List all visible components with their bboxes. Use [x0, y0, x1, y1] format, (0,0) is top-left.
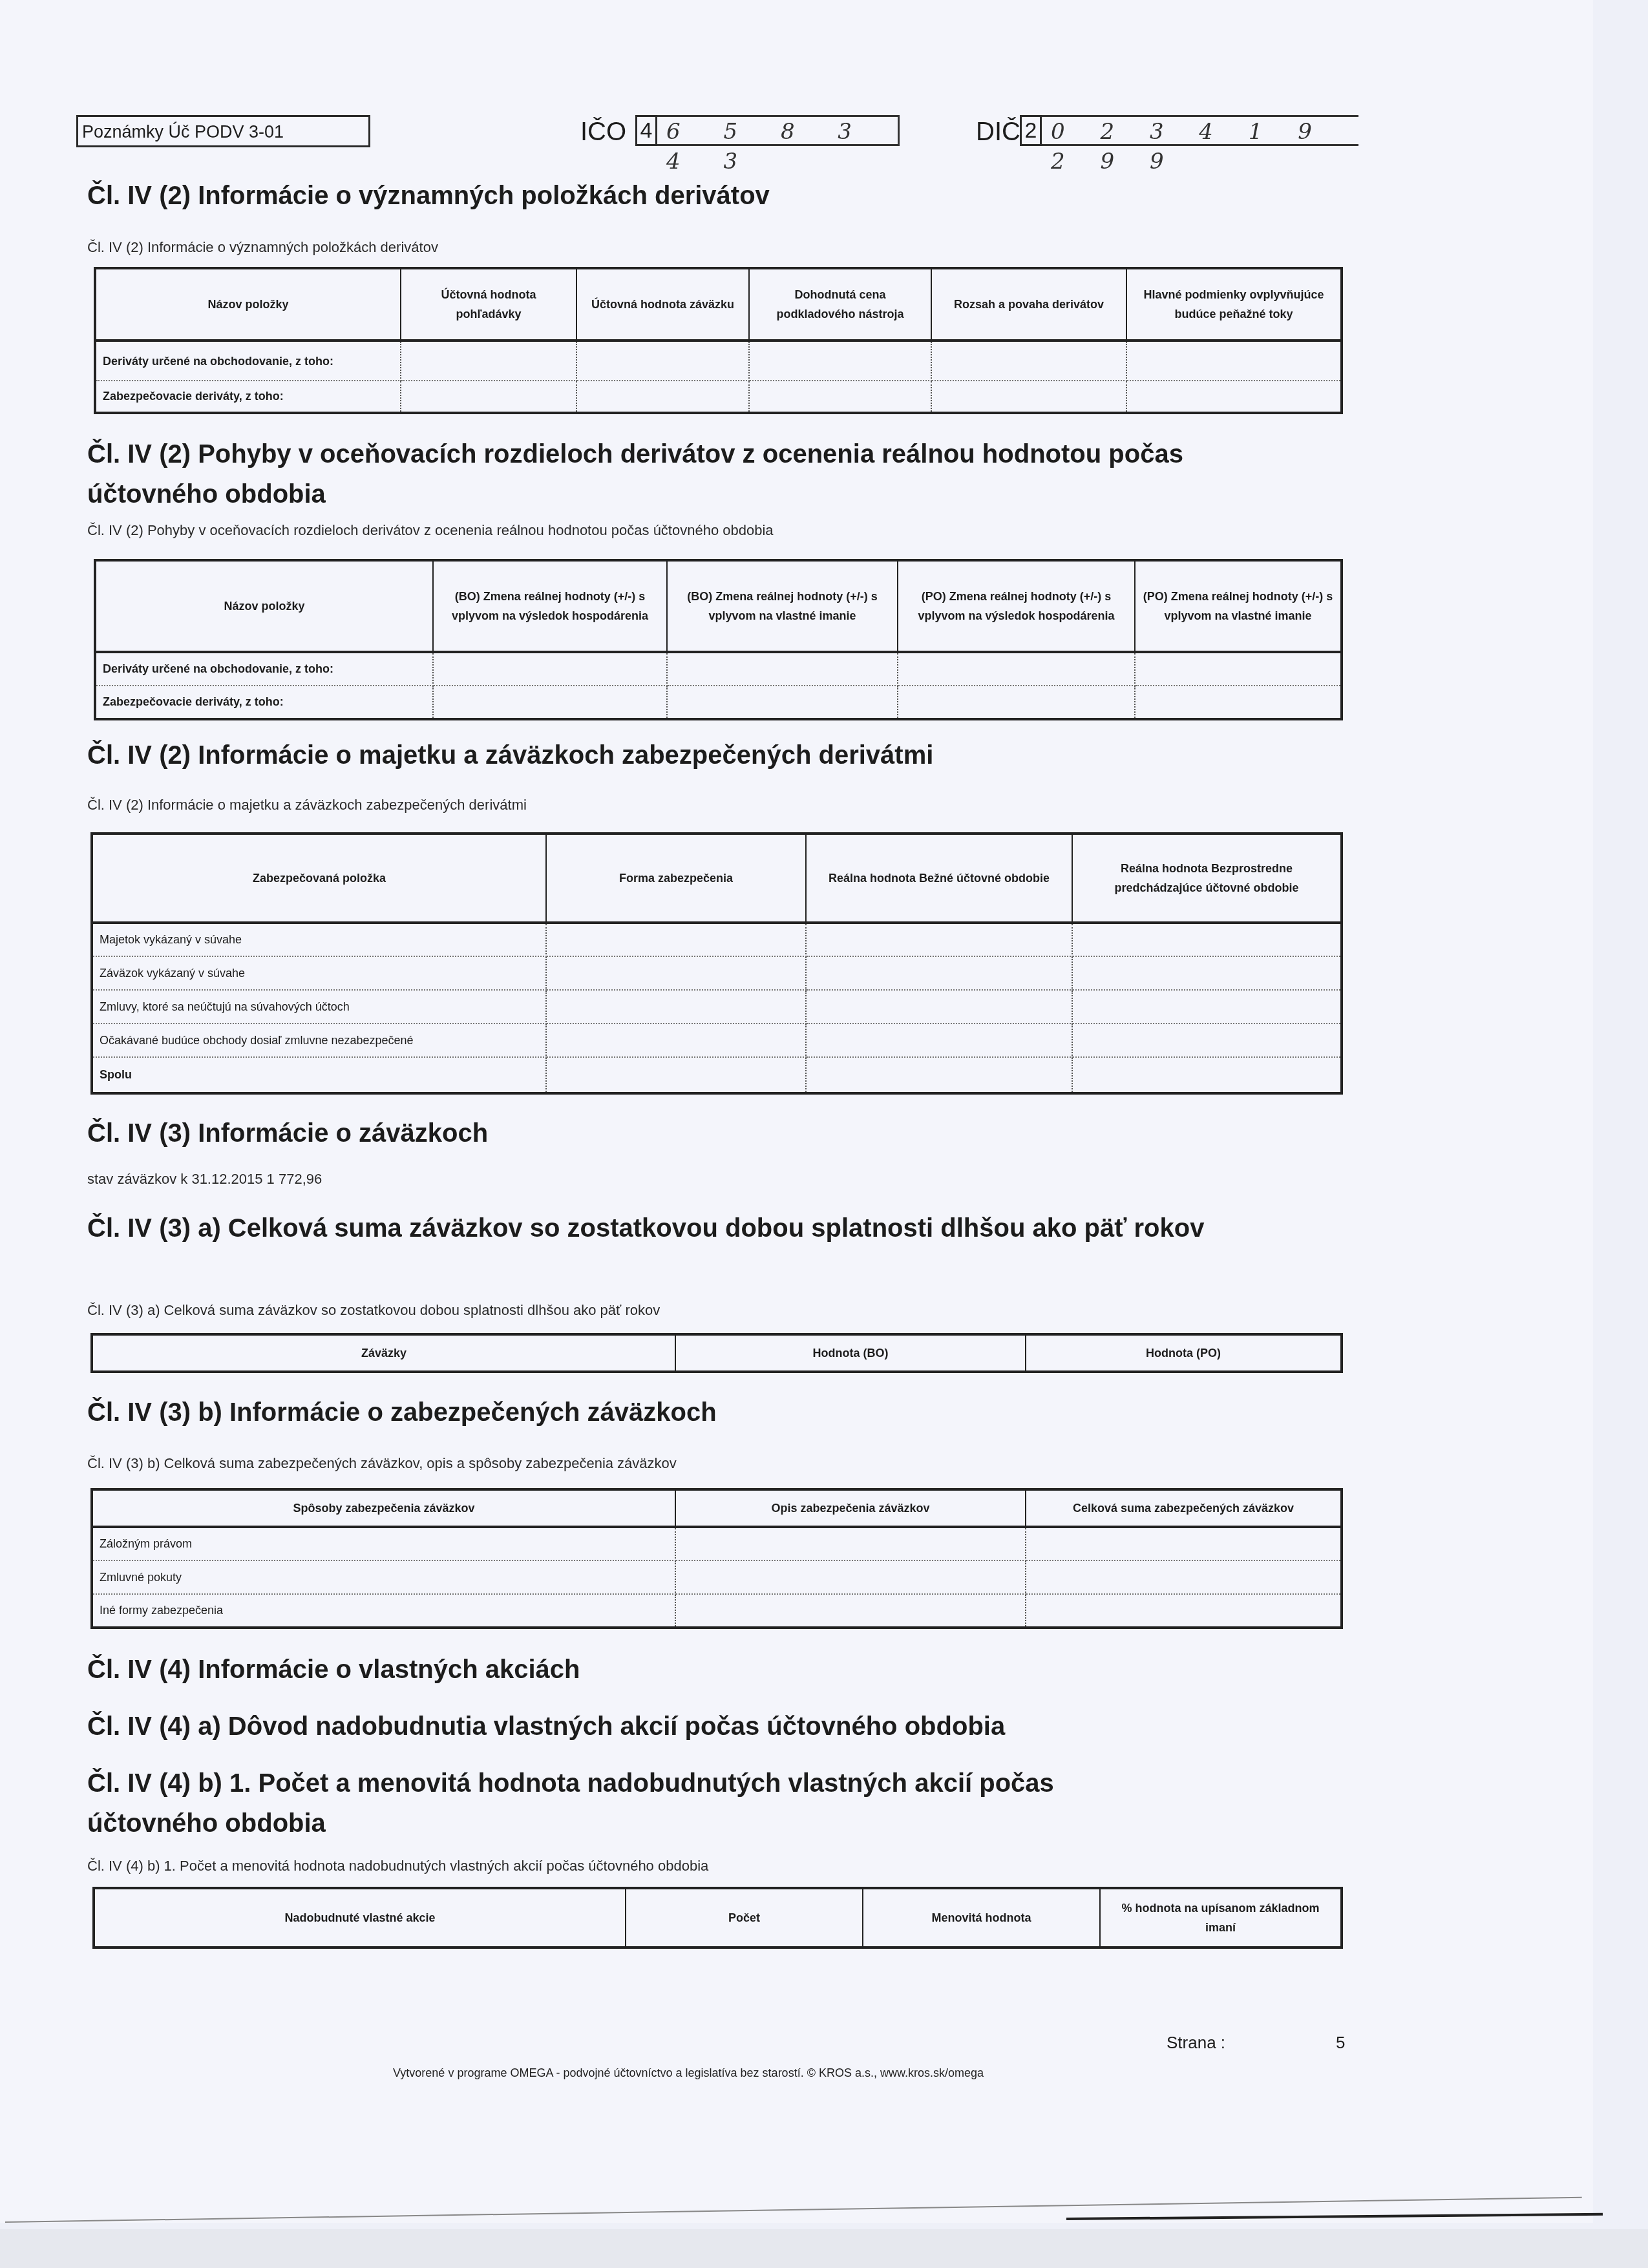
- column-header: Záväzky: [92, 1334, 675, 1372]
- cell: [675, 1594, 1026, 1628]
- table-row: Spolu: [92, 1057, 1342, 1093]
- cell: [546, 1024, 806, 1057]
- cell: [401, 341, 576, 381]
- cell: [898, 652, 1135, 686]
- column-header: Hlavné podmienky ovplyvňujúce budúce peň…: [1126, 268, 1342, 341]
- form-id-box: Poznámky Úč PODV 3-01: [76, 115, 370, 147]
- column-header: Dohodnutá cena podkladového nástroja: [749, 268, 931, 341]
- cell: [433, 686, 667, 719]
- cell: [1135, 686, 1342, 719]
- row-label: Majetok vykázaný v súvahe: [92, 923, 546, 956]
- cell: [898, 686, 1135, 719]
- cell: [806, 923, 1072, 956]
- column-header: Celková suma zabezpečených záväzkov: [1026, 1489, 1342, 1527]
- table-row: Deriváty určené na obchodovanie, z toho:: [95, 652, 1342, 686]
- cell: [1126, 381, 1342, 413]
- column-header: Zabezpečovaná položka: [92, 834, 546, 923]
- row-label: Deriváty určené na obchodovanie, z toho:: [95, 341, 401, 381]
- cell: [931, 381, 1126, 413]
- cell: [546, 990, 806, 1024]
- column-header: % hodnota na upísanom základnom imaní: [1100, 1888, 1342, 1948]
- column-header: Opis zabezpečenia záväzkov: [675, 1489, 1026, 1527]
- row-label: Očakávané budúce obchody dosiaľ zmluvne …: [92, 1024, 546, 1057]
- cell: [1135, 652, 1342, 686]
- table-row: Zmluvné pokuty: [92, 1560, 1342, 1594]
- cell: [1072, 990, 1342, 1024]
- section-subtitle-valuation-changes: Čl. IV (2) Pohyby v oceňovacích rozdielo…: [87, 522, 774, 539]
- section-title-hedged-assets: Čl. IV (2) Informácie o majetku a záväzk…: [87, 735, 1315, 775]
- secured-liabilities-table: Spôsoby zabezpečenia záväzkov Opis zabez…: [90, 1488, 1343, 1629]
- table-row: Záväzok vykázaný v súvahe: [92, 956, 1342, 990]
- column-header: Hodnota (PO): [1026, 1334, 1342, 1372]
- cell: [546, 1057, 806, 1093]
- table-row: Záložným právom: [92, 1527, 1342, 1560]
- row-label: Zmluvné pokuty: [92, 1560, 675, 1594]
- hedged-assets-table: Zabezpečovaná položka Forma zabezpečenia…: [90, 832, 1343, 1095]
- scan-border: [0, 2229, 1648, 2268]
- section-title-own-shares-count: Čl. IV (4) b) 1. Počet a menovitá hodnot…: [87, 1763, 1186, 1843]
- column-header: Spôsoby zabezpečenia záväzkov: [92, 1489, 675, 1527]
- column-header: Reálna hodnota Bežné účtovné obdobie: [806, 834, 1072, 923]
- row-label: Deriváty určené na obchodovanie, z toho:: [95, 652, 433, 686]
- scan-artifact-line: [5, 2197, 1582, 2223]
- column-header: Menovitá hodnota: [863, 1888, 1100, 1948]
- table-row: Očakávané budúce obchody dosiaľ zmluvne …: [92, 1024, 1342, 1057]
- column-header: Účtovná hodnota pohľadávky: [401, 268, 576, 341]
- column-header: Nadobudnuté vlastné akcie: [94, 1888, 626, 1948]
- cell: [1026, 1594, 1342, 1628]
- cell: [749, 341, 931, 381]
- section-title-long-liabilities: Čl. IV (3) a) Celková suma záväzkov so z…: [87, 1208, 1218, 1248]
- cell: [401, 381, 576, 413]
- cell: [667, 652, 898, 686]
- table-row: Zabezpečovacie deriváty, z toho:: [95, 381, 1342, 413]
- section-subtitle-long-liabilities: Čl. IV (3) a) Celková suma záväzkov so z…: [87, 1302, 660, 1319]
- cell: [1072, 1024, 1342, 1057]
- row-label-total: Spolu: [92, 1057, 546, 1093]
- cell: [576, 341, 749, 381]
- scan-artifact-line: [1066, 2213, 1603, 2220]
- section-title-derivatives-info: Čl. IV (2) Informácie o významných polož…: [87, 176, 1315, 216]
- document-page: Poznámky Úč PODV 3-01 IČO 4 6 5 8 3 4 3 …: [0, 0, 1593, 2223]
- cell: [749, 381, 931, 413]
- table-row: Iné formy zabezpečenia: [92, 1594, 1342, 1628]
- column-header: (PO) Zmena reálnej hodnoty (+/-) s vplyv…: [1135, 560, 1342, 652]
- cell: [1026, 1560, 1342, 1594]
- cell: [1072, 956, 1342, 990]
- row-label: Iné formy zabezpečenia: [92, 1594, 675, 1628]
- column-header: Účtovná hodnota záväzku: [576, 268, 749, 341]
- cell: [806, 990, 1072, 1024]
- column-header: Názov položky: [95, 560, 433, 652]
- column-header: Hodnota (BO): [675, 1334, 1026, 1372]
- cell: [806, 956, 1072, 990]
- ico-label: IČO: [580, 118, 626, 147]
- row-label: Záložným právom: [92, 1527, 675, 1560]
- long-liabilities-table: Záväzky Hodnota (BO) Hodnota (PO): [90, 1333, 1343, 1373]
- section-subtitle-own-shares-count: Čl. IV (4) b) 1. Počet a menovitá hodnot…: [87, 1858, 708, 1874]
- table-row: Deriváty určené na obchodovanie, z toho:: [95, 341, 1342, 381]
- row-label: Zmluvy, ktoré sa neúčtujú na súvahových …: [92, 990, 546, 1024]
- column-header: Forma zabezpečenia: [546, 834, 806, 923]
- row-label: Zabezpečovacie deriváty, z toho:: [95, 686, 433, 719]
- cell: [546, 956, 806, 990]
- cell: [806, 1024, 1072, 1057]
- cell: [1072, 1057, 1342, 1093]
- derivatives-info-table: Názov položky Účtovná hodnota pohľadávky…: [94, 267, 1343, 414]
- section-subtitle-secured-liabilities: Čl. IV (3) b) Celková suma zabezpečených…: [87, 1455, 677, 1472]
- row-label: Zabezpečovacie deriváty, z toho:: [95, 381, 401, 413]
- cell: [1072, 923, 1342, 956]
- column-header: Reálna hodnota Bezprostredne predchádzaj…: [1072, 834, 1342, 923]
- column-header: Názov položky: [95, 268, 401, 341]
- section-title-own-shares: Čl. IV (4) Informácie o vlastných akciác…: [87, 1650, 1315, 1690]
- page-label: Strana :: [1167, 2033, 1225, 2053]
- ico-handwritten-digits: 6 5 8 3 4 3: [657, 115, 900, 146]
- footer-credit: Vytvorené v programe OMEGA - podvojné úč…: [393, 2066, 984, 2080]
- cell: [675, 1560, 1026, 1594]
- dic-handwritten-digits: 0 2 3 4 1 9 2 9 9: [1042, 115, 1358, 146]
- cell: [546, 923, 806, 956]
- section-title-valuation-changes: Čl. IV (2) Pohyby v oceňovacích rozdielo…: [87, 434, 1251, 514]
- ico-first-digit: 4: [635, 115, 657, 146]
- page-number: 5: [1336, 2033, 1345, 2053]
- column-header: Počet: [626, 1888, 863, 1948]
- column-header: (BO) Zmena reálnej hodnoty (+/-) s vplyv…: [433, 560, 667, 652]
- column-header: (PO) Zmena reálnej hodnoty (+/-) s vplyv…: [898, 560, 1135, 652]
- column-header: (BO) Zmena reálnej hodnoty (+/-) s vplyv…: [667, 560, 898, 652]
- cell: [806, 1057, 1072, 1093]
- section-title-secured-liabilities: Čl. IV (3) b) Informácie o zabezpečených…: [87, 1392, 1315, 1433]
- valuation-changes-table: Názov položky (BO) Zmena reálnej hodnoty…: [94, 559, 1343, 720]
- liabilities-status-text: stav záväzkov k 31.12.2015 1 772,96: [87, 1171, 322, 1188]
- cell: [675, 1527, 1026, 1560]
- dic-label: DIČ: [976, 118, 1020, 147]
- section-title-liabilities-info: Čl. IV (3) Informácie o záväzkoch: [87, 1113, 1315, 1153]
- column-header: Rozsah a povaha derivátov: [931, 268, 1126, 341]
- cell: [576, 381, 749, 413]
- table-row: Zmluvy, ktoré sa neúčtujú na súvahových …: [92, 990, 1342, 1024]
- cell: [433, 652, 667, 686]
- cell: [1126, 341, 1342, 381]
- section-subtitle-hedged-assets: Čl. IV (2) Informácie o majetku a záväzk…: [87, 797, 527, 814]
- table-row: Majetok vykázaný v súvahe: [92, 923, 1342, 956]
- dic-first-digit: 2: [1020, 115, 1042, 146]
- cell: [667, 686, 898, 719]
- cell: [931, 341, 1126, 381]
- section-subtitle-derivatives-info: Čl. IV (2) Informácie o významných polož…: [87, 239, 438, 256]
- own-shares-count-table: Nadobudnuté vlastné akcie Počet Menovitá…: [92, 1887, 1343, 1949]
- table-row: Zabezpečovacie deriváty, z toho:: [95, 686, 1342, 719]
- cell: [1026, 1527, 1342, 1560]
- row-label: Záväzok vykázaný v súvahe: [92, 956, 546, 990]
- section-title-own-shares-reason: Čl. IV (4) a) Dôvod nadobudnutia vlastný…: [87, 1706, 1315, 1747]
